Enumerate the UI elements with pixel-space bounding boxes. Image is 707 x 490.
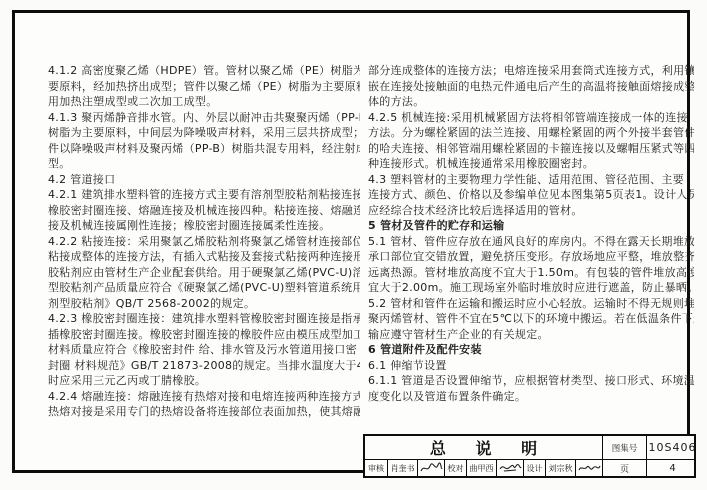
text-line: 的哈夫连接、相邻管端用螺栓紧固的卡箍连接以及螺帽压紧式等四 <box>368 141 694 157</box>
signature-scribble-icon <box>577 462 601 474</box>
text-line: 宜大于2.00m。施工现场室外临时堆放时应进行遮盖，防止暴晒。 <box>368 280 694 296</box>
text-line: 6.1.1 管道是否设置伸缩节，应根据管材类型、接口形式、环境温 <box>368 373 694 389</box>
page-number: 4 <box>646 460 698 476</box>
text-line: 剂型胶粘剂》QB/T 2568-2002的规定。 <box>48 296 360 312</box>
text-line: 4.1.2 高密度聚乙烯（HDPE）管。管材以聚乙烯（PE）树脂为主 <box>48 63 360 79</box>
text-line: 型胶粘剂产品质量应符合《硬聚氯乙烯(PVC-U)塑料管道系统用溶 <box>48 280 360 296</box>
text-line: 4.2 管道接口 <box>48 172 360 188</box>
text-line: 方法。分为螺栓紧固的法兰连接、用螺栓紧固的两个外接半套管件 <box>368 125 694 141</box>
atlas-number-label: 图集号 <box>602 436 646 459</box>
design-name: 刘宗秋 <box>545 460 575 476</box>
text-line: 用加热注塑成型或二次加工成型。 <box>48 94 360 110</box>
text-line: 型。 <box>48 156 360 172</box>
review-signature <box>417 460 444 476</box>
scanned-atlas-page: { "page": { "left_column": { "lines": [ … <box>0 0 707 490</box>
text-line: 4.2.1 建筑排水塑料管的连接方式主要有溶剂型胶粘剂粘接连接、 <box>48 187 360 203</box>
text-line: 5.1 管材、管件应存放在通风良好的库房内。不得在露天长期堆放， <box>368 234 694 250</box>
title-block: 总 说 明 图集号 10S406 审核 肖奎书 校对 曲甲西 设计 刘宗秋 页 … <box>363 434 696 478</box>
text-line: 树脂为主要原料，中间层为降噪吸声材料，采用三层共挤成型；管 <box>48 125 360 141</box>
text-line: 封圈 材料规范》GB/T 21873-2008的规定。当排水温度大于40℃ <box>48 358 360 374</box>
design-label: 设计 <box>523 460 545 476</box>
text-line: 插橡胶密封圈连接。橡胶密封圈连接的橡胶件应由模压成型加工， <box>48 327 360 343</box>
text-line: 4.2.5 机械连接:采用机械紧固方法将相邻管端连接成一体的连接 <box>368 110 694 126</box>
text-line: 接及机械连接属刚性连接；橡胶密封圈连接属柔性连接。 <box>48 218 360 234</box>
text-line: 种连接形式。机械连接通常采用橡胶圈密封。 <box>368 156 694 172</box>
text-line: 4.2.3 橡胶密封圈连接：建筑排水塑料管橡胶密封圈连接是指承 <box>48 311 360 327</box>
text-line: 4.2.2 粘接连接：采用聚氯乙烯胶粘剂将聚氯乙烯管材连接部位 <box>48 234 360 250</box>
text-line: 4.3 塑料管材的主要物理力学性能、适用范围、管径范围、主要 <box>368 172 694 188</box>
text-line: 要原料，经加热挤出成型；管件以聚乙烯（PE）树脂为主要原料， <box>48 79 360 95</box>
proof-label: 校对 <box>444 460 466 476</box>
atlas-number-value: 10S406 <box>646 436 698 459</box>
text-line: 应经综合技术经济比较后选择适用的管材。 <box>368 203 694 219</box>
text-line: 输应遵守管材生产企业的有关规定。 <box>368 327 694 343</box>
text-line: 4.2.4 熔融连接：熔融连接有热熔对接和电熔连接两种连接方式。 <box>48 389 360 405</box>
general-notes-right-column: 部分连成整体的连接方法；电熔连接采用套筒式连接方式，利用镶嵌在连接处接触面的电热… <box>368 63 694 404</box>
text-line: 时应采用三元乙丙或丁腈橡胶。 <box>48 373 360 389</box>
text-line: 度变化以及管道布置条件确定。 <box>368 389 694 405</box>
title-block-bottom-row: 审核 肖奎书 校对 曲甲西 设计 刘宗秋 页 4 <box>365 460 694 476</box>
text-line: 件以降噪吸声材料及聚丙烯（PP-B）树脂共混专用料，经注射成 <box>48 141 360 157</box>
text-line: 5.2 管材和管件在运输和搬运时应小心轻放。运输时不得无规则堆放。 <box>368 296 694 312</box>
text-line: 橡胶密封圈连接、熔融连接及机械连接四种。粘接连接、熔融连 <box>48 203 360 219</box>
text-line: 6 管道附件及配件安装 <box>368 342 694 358</box>
signature-scribble-icon <box>419 462 443 474</box>
text-line: 4.1.3 聚丙烯静音排水管。内、外层以耐冲击共聚聚丙烯（PP-B） <box>48 110 360 126</box>
text-line: 聚丙烯管材、管件不宜在5℃以下的环境中搬运。若在低温条件下运 <box>368 311 694 327</box>
text-line: 胶粘剂应由管材生产企业配套供给。用于硬聚氯乙烯(PVC-U)溶剂 <box>48 265 360 281</box>
text-line: 远离热源。管材堆放高度不宜大于1.50m。有包装的管件堆放高度不 <box>368 265 694 281</box>
text-line: 承口部位宜交错放置，避免挤压变形。存放场地应平整，堆放整齐， <box>368 249 694 265</box>
general-notes-left-column: 4.1.2 高密度聚乙烯（HDPE）管。管材以聚乙烯（PE）树脂为主要原料，经加… <box>48 63 360 420</box>
proof-name: 曲甲西 <box>466 460 496 476</box>
sheet-title: 总 说 明 <box>365 436 602 459</box>
page-label: 页 <box>602 460 646 476</box>
text-line: 连接方式、颜色、价格以及参编单位见本图集第5页表1。设计人员 <box>368 187 694 203</box>
text-line: 6.1 伸缩节设置 <box>368 358 694 374</box>
signature-scribble-icon <box>498 462 522 474</box>
proof-signature <box>496 460 523 476</box>
text-line: 粘接成整体的连接方法，有插入式粘接及套接式粘接两种连接形式。 <box>48 249 360 265</box>
title-block-top-row: 总 说 明 图集号 10S406 <box>365 436 694 460</box>
text-line: 5 管材及管件的贮存和运输 <box>368 218 694 234</box>
text-line: 部分连成整体的连接方法；电熔连接采用套筒式连接方式，利用镶 <box>368 63 694 79</box>
text-line: 嵌在连接处接触面的电热元件通电后产生的高温将接触面熔接成整 <box>368 79 694 95</box>
review-label: 审核 <box>365 460 387 476</box>
text-line: 热熔对接是采用专门的热熔设备将连接部位表面加热，使其熔融 <box>48 404 360 420</box>
design-signature <box>575 460 602 476</box>
text-line: 体的方法。 <box>368 94 694 110</box>
review-name: 肖奎书 <box>387 460 417 476</box>
text-line: 材料质量应符合《橡胶密封件 给、排水管及污水管道用接口密 <box>48 342 360 358</box>
